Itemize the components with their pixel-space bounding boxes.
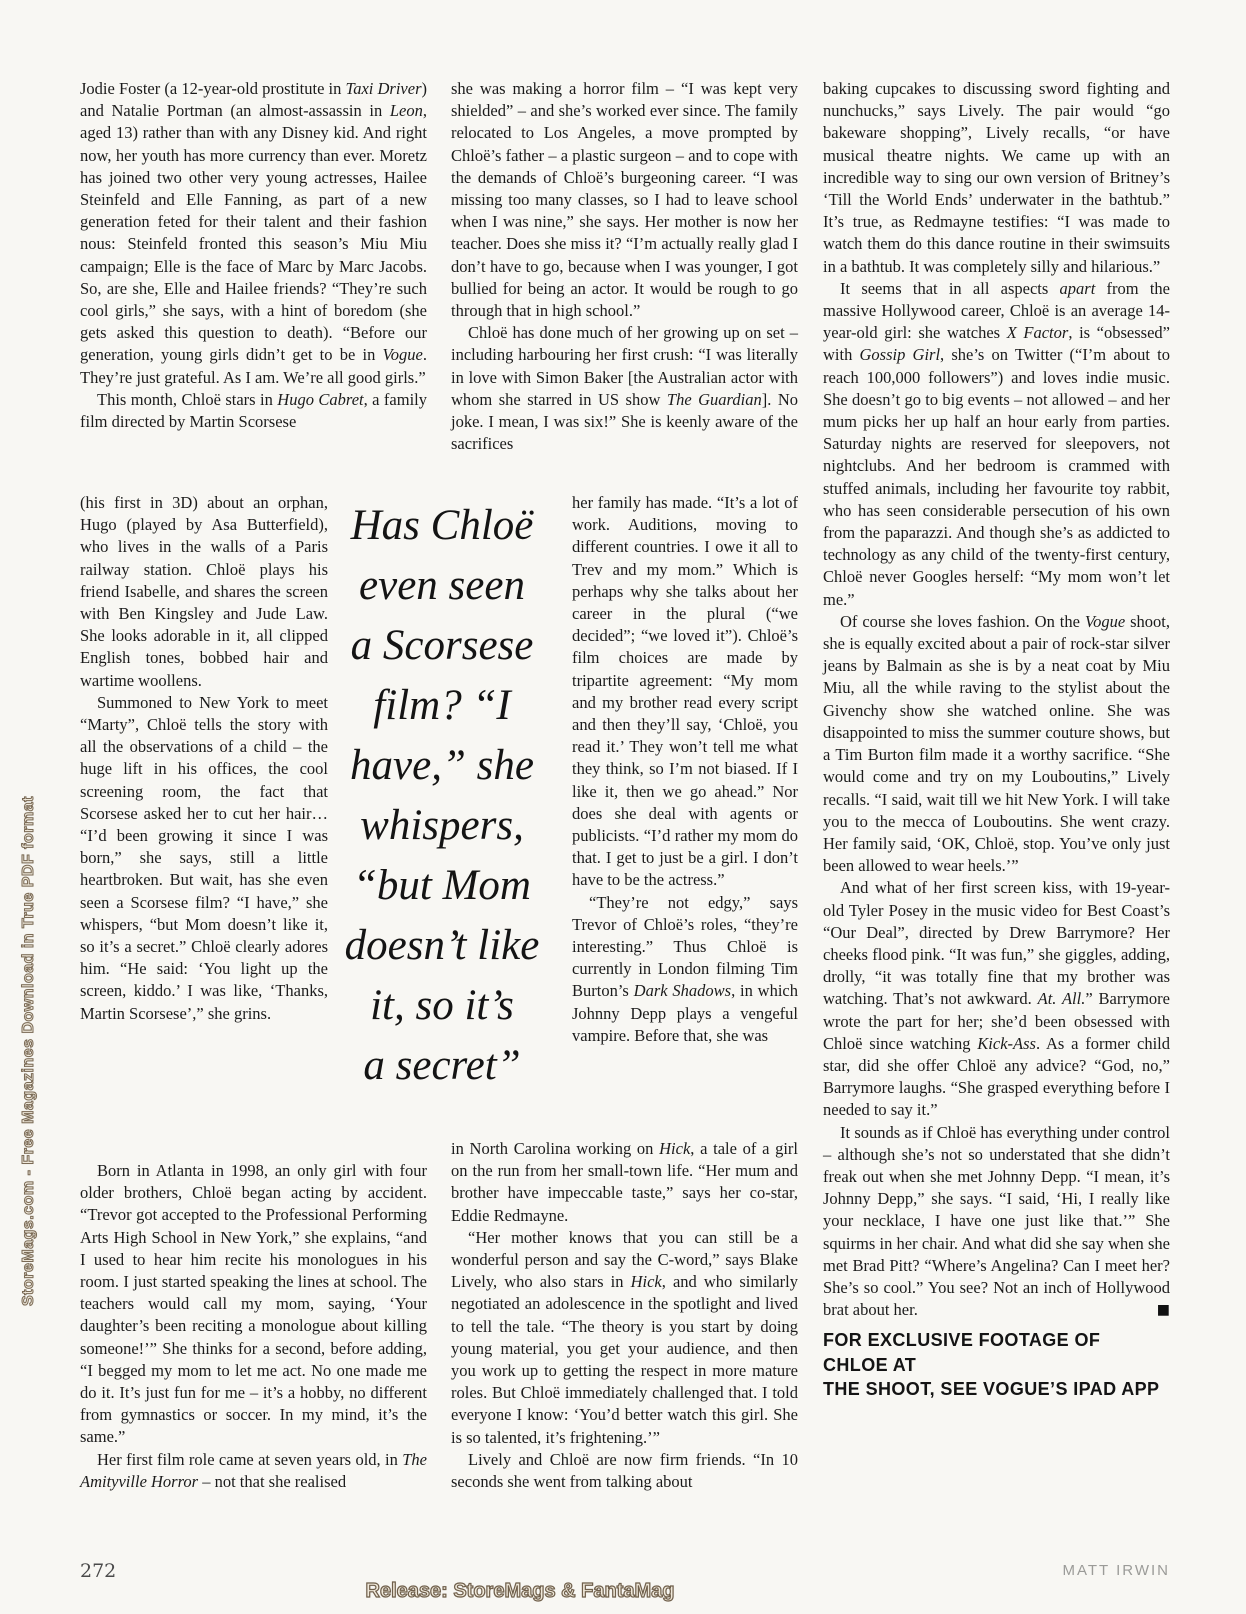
article-column1-bottom: Born in Atlanta in 1998, an only girl wi… bbox=[80, 1160, 427, 1493]
paragraph: Lively and Chloë are now firm friends. “… bbox=[451, 1449, 798, 1493]
end-of-article-mark: ■ bbox=[1140, 1299, 1170, 1321]
article-column1-top: Jodie Foster (a 12-year-old prostitute i… bbox=[80, 78, 427, 433]
paragraph: This month, Chloë stars in Hugo Cabret, … bbox=[80, 389, 427, 433]
pull-quote: Has Chloëeven seena Scorsesefilm? “Ihave… bbox=[326, 496, 558, 1096]
paragraph: (his first in 3D) about an orphan, Hugo … bbox=[80, 492, 328, 692]
paragraph: her family has made. “It’s a lot of work… bbox=[572, 492, 798, 892]
text-line: even seen bbox=[326, 556, 558, 616]
text-line: Has Chloë bbox=[326, 496, 558, 556]
article-column2-narrow: her family has made. “It’s a lot of work… bbox=[572, 492, 798, 1047]
side-watermark-text: StoreMags.com - Free Magazines Download … bbox=[20, 786, 46, 1306]
paragraph: in North Carolina working on Hick, a tal… bbox=[451, 1138, 798, 1227]
photographer-credit: MATT IRWIN bbox=[1063, 1562, 1171, 1579]
text-line: a secret” bbox=[326, 1036, 558, 1096]
text-line: whispers, bbox=[326, 796, 558, 856]
paragraph: Summoned to New York to meet “Marty”, Ch… bbox=[80, 692, 328, 1025]
paragraph: Born in Atlanta in 1998, an only girl wi… bbox=[80, 1160, 427, 1449]
paragraph: “They’re not edgy,” says Trevor of Chloë… bbox=[572, 892, 798, 1047]
text-line: THE SHOOT, SEE VOGUE’S IPAD APP bbox=[823, 1377, 1170, 1402]
paragraph: It seems that in all aspects apart from … bbox=[823, 278, 1170, 611]
paragraph: she was making a horror film – “I was ke… bbox=[451, 78, 798, 322]
release-watermark: Release: StoreMags & FantaMag bbox=[310, 1580, 730, 1603]
text-line: film? “I bbox=[326, 676, 558, 736]
magazine-page: StoreMags.com - Free Magazines Download … bbox=[0, 0, 1246, 1614]
paragraph: Of course she loves fashion. On the Vogu… bbox=[823, 611, 1170, 877]
text-line: it, so it’s bbox=[326, 976, 558, 1036]
text-line: a Scorsese bbox=[326, 616, 558, 676]
article-column1-narrow: (his first in 3D) about an orphan, Hugo … bbox=[80, 492, 328, 1025]
paragraph: “Her mother knows that you can still be … bbox=[451, 1227, 798, 1449]
article-column2-bottom: in North Carolina working on Hick, a tal… bbox=[451, 1138, 798, 1493]
paragraph: It sounds as if Chloë has everything und… bbox=[823, 1122, 1170, 1322]
text-line: FOR EXCLUSIVE FOOTAGE OF CHLOE AT bbox=[823, 1328, 1170, 1377]
article-column3: baking cupcakes to discussing sword figh… bbox=[823, 78, 1170, 1402]
article-column3-paragraphs: baking cupcakes to discussing sword figh… bbox=[823, 78, 1170, 1321]
text-line: have,” she bbox=[326, 736, 558, 796]
page-number: 272 bbox=[80, 1560, 116, 1582]
ipad-app-kicker: FOR EXCLUSIVE FOOTAGE OF CHLOE ATTHE SHO… bbox=[823, 1328, 1170, 1402]
article-column2-top: she was making a horror film – “I was ke… bbox=[451, 78, 798, 455]
paragraph: Her first film role came at seven years … bbox=[80, 1449, 427, 1493]
text-line: “but Mom bbox=[326, 856, 558, 916]
paragraph: Chloë has done much of her growing up on… bbox=[451, 322, 798, 455]
paragraph: And what of her first screen kiss, with … bbox=[823, 877, 1170, 1121]
paragraph: Jodie Foster (a 12-year-old prostitute i… bbox=[80, 78, 427, 389]
paragraph: baking cupcakes to discussing sword figh… bbox=[823, 78, 1170, 278]
text-line: doesn’t like bbox=[326, 916, 558, 976]
